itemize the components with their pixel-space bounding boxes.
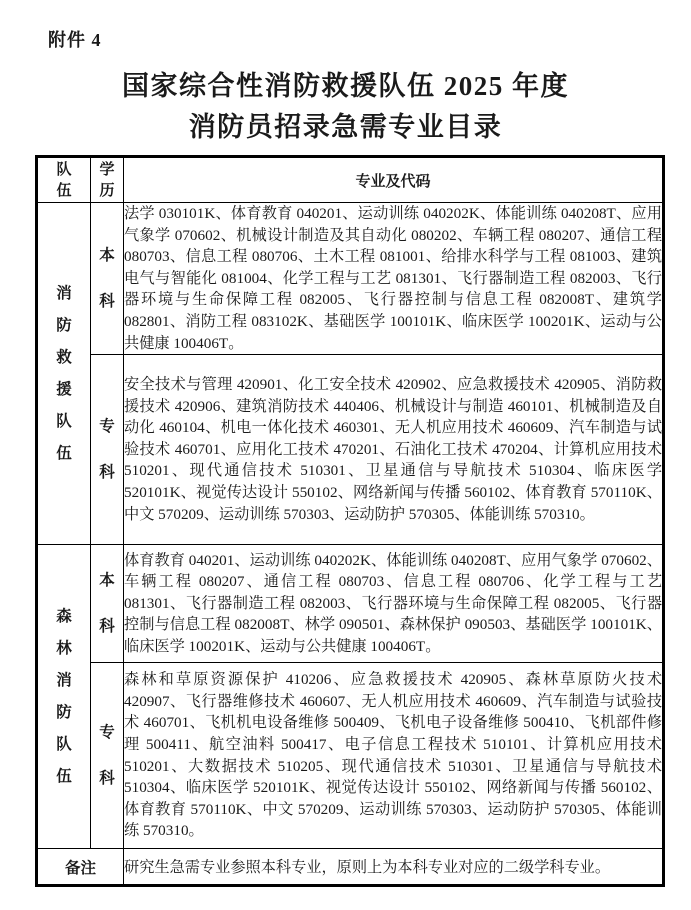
- team-forest-fire-label: 森林消防队伍: [56, 601, 72, 793]
- team-fire-rescue: 消防救援队伍: [37, 203, 91, 545]
- page-title: 国家综合性消防救援队伍 2025 年度 消防员招录急需专业目录: [0, 66, 691, 148]
- page-title-line2: 消防员招录急需专业目录: [0, 107, 691, 148]
- education-fire-vocational: 专科: [91, 355, 124, 545]
- majors-forest-vocational: 森林和草原资源保护 410206、应急救援技术 420905、森林草原防火技术 …: [124, 663, 664, 849]
- majors-fire-vocational: 安全技术与管理 420901、化工安全技术 420902、应急救援技术 4209…: [124, 355, 664, 545]
- table-row: 专科 安全技术与管理 420901、化工安全技术 420902、应急救援技术 4…: [37, 355, 664, 545]
- header-education: 学历: [91, 157, 124, 203]
- table-row: 消防救援队伍 本科 法学 030101K、体育教育 040201、运动训练 04…: [37, 203, 664, 355]
- remark-row: 备注 研究生急需专业参照本科专业，原则上为本科专业对应的二级学科专业。: [37, 849, 664, 886]
- header-team-label: 队伍: [56, 159, 72, 201]
- team-fire-rescue-label: 消防救援队伍: [56, 278, 72, 470]
- header-majors: 专业及代码: [124, 157, 664, 203]
- page-title-line1: 国家综合性消防救援队伍 2025 年度: [0, 66, 691, 107]
- education-fire-undergraduate-label: 本科: [99, 233, 115, 325]
- attachment-label: 附件 4: [48, 26, 102, 52]
- education-fire-undergraduate: 本科: [91, 203, 124, 355]
- document-page: 附件 4 国家综合性消防救援队伍 2025 年度 消防员招录急需专业目录 队伍 …: [0, 0, 691, 910]
- remark-label: 备注: [37, 849, 124, 886]
- remark-text: 研究生急需专业参照本科专业，原则上为本科专业对应的二级学科专业。: [124, 849, 664, 886]
- education-forest-vocational: 专科: [91, 663, 124, 849]
- header-team: 队伍: [37, 157, 91, 203]
- education-forest-undergraduate-label: 本科: [99, 558, 115, 650]
- majors-table: 队伍 学历 专业及代码 消防救援队伍 本科 法学 030101K、体育教育 04…: [35, 155, 665, 887]
- education-forest-undergraduate: 本科: [91, 545, 124, 663]
- education-forest-vocational-label: 专科: [99, 710, 115, 802]
- table-header-row: 队伍 学历 专业及代码: [37, 157, 664, 203]
- education-fire-vocational-label: 专科: [99, 404, 115, 496]
- team-forest-fire: 森林消防队伍: [37, 545, 91, 849]
- majors-forest-undergraduate: 体育教育 040201、运动训练 040202K、体能训练 040208T、应用…: [124, 545, 664, 663]
- header-education-label: 学历: [99, 159, 115, 201]
- header-majors-label: 专业及代码: [355, 173, 430, 190]
- table-row: 森林消防队伍 本科 体育教育 040201、运动训练 040202K、体能训练 …: [37, 545, 664, 663]
- table-row: 专科 森林和草原资源保护 410206、应急救援技术 420905、森林草原防火…: [37, 663, 664, 849]
- majors-fire-undergraduate: 法学 030101K、体育教育 040201、运动训练 040202K、体能训练…: [124, 203, 664, 355]
